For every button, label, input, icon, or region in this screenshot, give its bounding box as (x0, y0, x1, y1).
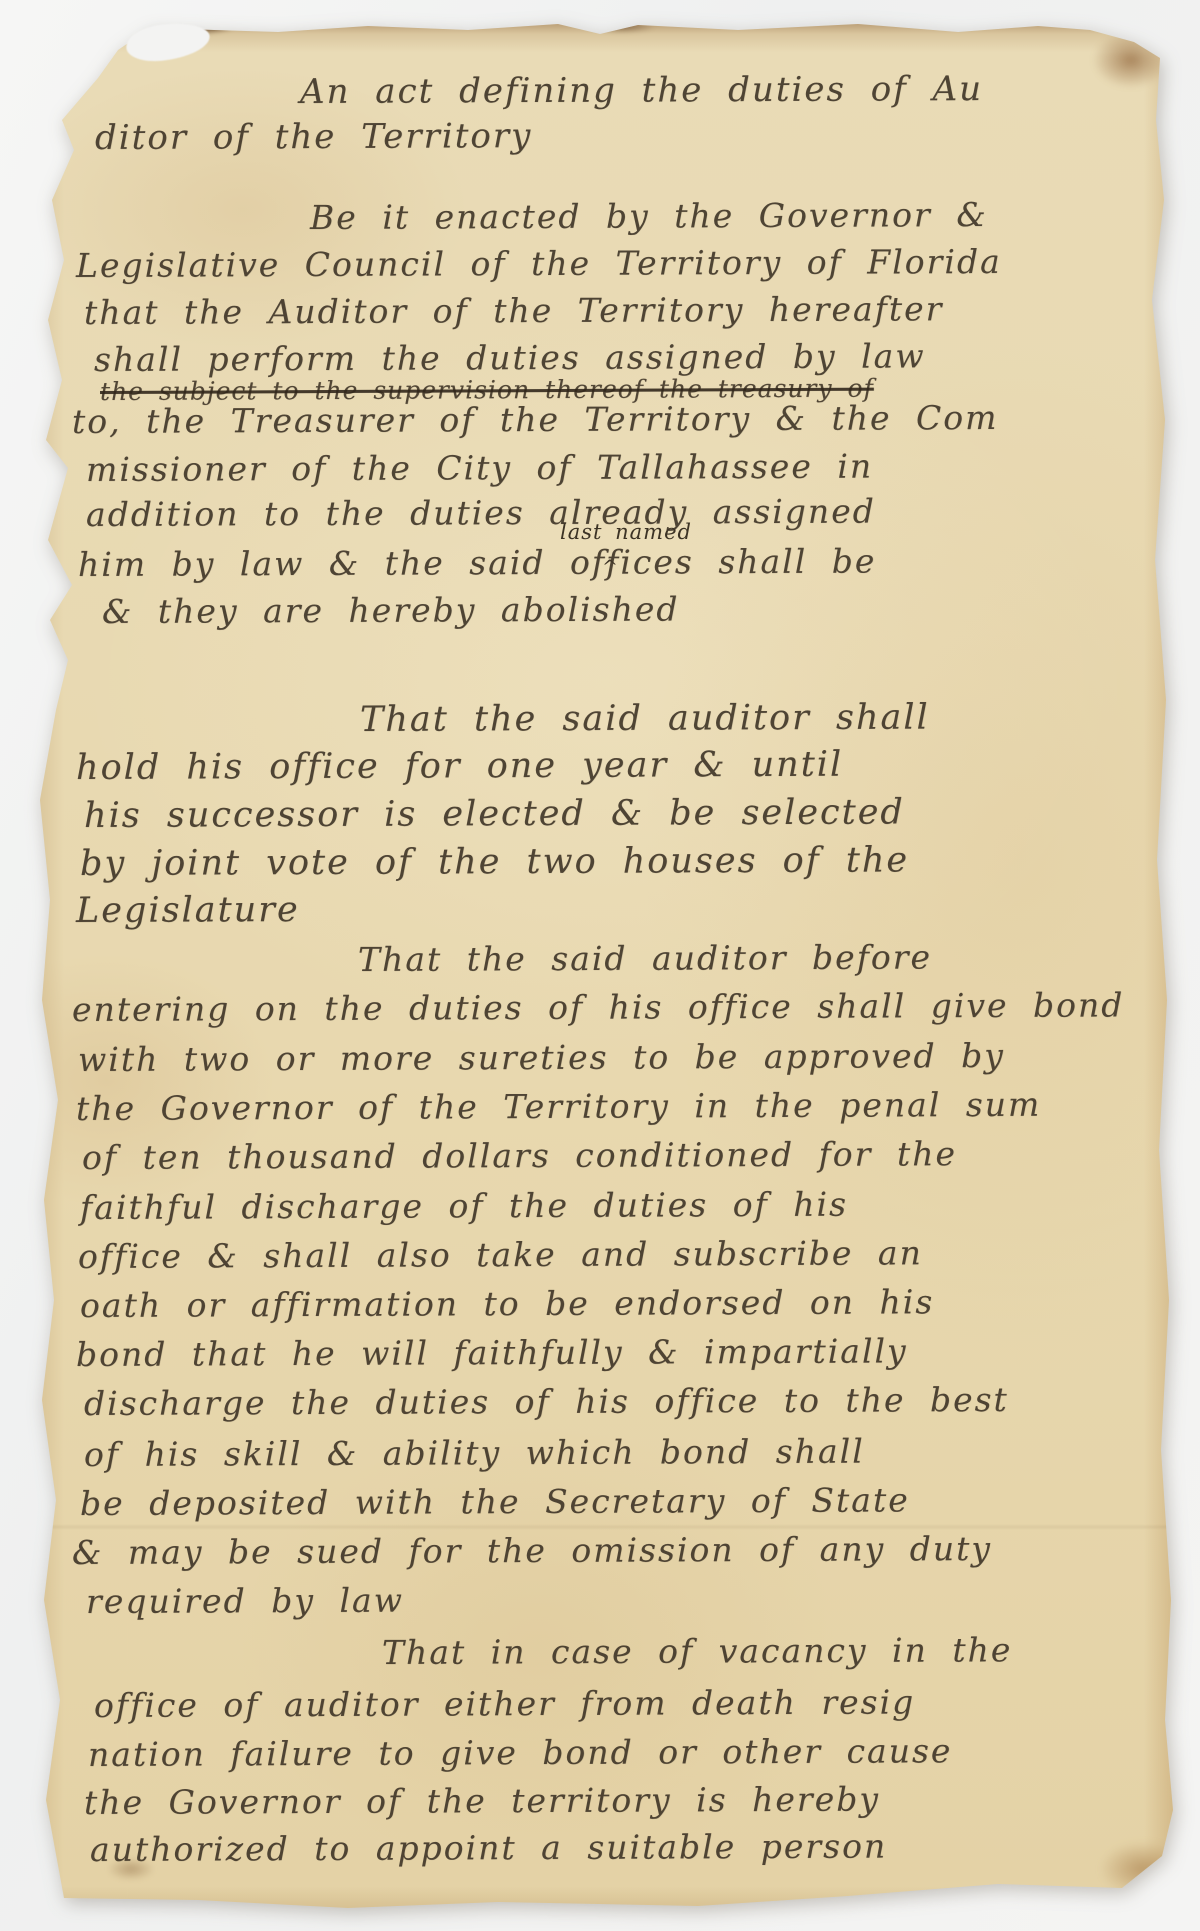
handwritten-line: hold his office for one year & until (76, 745, 843, 788)
handwritten-line: That the said auditor before (358, 937, 932, 979)
handwritten-line: office & shall also take and subscribe a… (78, 1233, 923, 1276)
photo-backdrop: last named ^ An act defining the duties … (0, 0, 1200, 1931)
handwritten-line: authorized to appoint a suitable person (90, 1827, 887, 1869)
handwritten-line: Legislative Council of the Territory of … (76, 242, 1002, 285)
handwritten-line: of ten thousand dollars conditioned for … (82, 1134, 957, 1177)
handwritten-line: to, the Treasurer of the Territory & the… (72, 398, 999, 441)
handwritten-line: nation failure to give bond or other cau… (88, 1731, 953, 1774)
handwritten-line: missioner of the City of Tallahassee in (86, 447, 873, 489)
handwritten-line: him by law & the said offices shall be (78, 542, 877, 584)
handwritten-line: his successor is elected & be selected (84, 792, 905, 836)
handwritten-line: be deposited with the Secretary of State (80, 1480, 910, 1523)
handwritten-line: that the Auditor of the Territory hereaf… (84, 289, 944, 332)
handwritten-line: That in case of vacancy in the (382, 1630, 1013, 1672)
handwritten-line: discharge the duties of his office to th… (84, 1380, 1009, 1423)
handwritten-line: & they are hereby abolished (102, 589, 680, 631)
handwritten-line: Be it enacted by the Governor & (310, 195, 988, 237)
handwritten-line: An act defining the duties of Au (300, 69, 983, 112)
handwritten-line: & may be sued for the omission of any du… (72, 1529, 992, 1572)
handwritten-line: shall perform the duties assigned by law (94, 336, 926, 379)
handwritten-line: ditor of the Territory (95, 116, 532, 158)
handwritten-line: That the said auditor shall (360, 698, 930, 740)
handwritten-line: with two or more sureties to be approved… (78, 1036, 1005, 1079)
handwritten-line: required by law (86, 1581, 404, 1621)
handwritten-line: the Governor of the territory is hereby (84, 1780, 880, 1822)
handwritten-line: entering on the duties of his office sha… (72, 985, 1125, 1029)
handwritten-line: by joint vote of the two houses of the (80, 840, 909, 884)
handwritten-line: the Governor of the Territory in the pen… (76, 1085, 1041, 1128)
handwritten-line: bond that he will faithfully & impartial… (76, 1331, 908, 1374)
handwritten-line: of his skill & ability which bond shall (84, 1432, 865, 1474)
handwritten-line: faithful discharge of the duties of his (80, 1185, 848, 1227)
handwritten-line: office of auditor either from death resi… (94, 1682, 915, 1725)
handwritten-line: oath or affirmation to be endorsed on hi… (80, 1282, 934, 1325)
handwritten-line: addition to the duties already assigned (86, 492, 876, 534)
handwritten-line: Legislature (76, 890, 300, 931)
handwritten-text: last named ^ An act defining the duties … (0, 0, 1200, 1931)
